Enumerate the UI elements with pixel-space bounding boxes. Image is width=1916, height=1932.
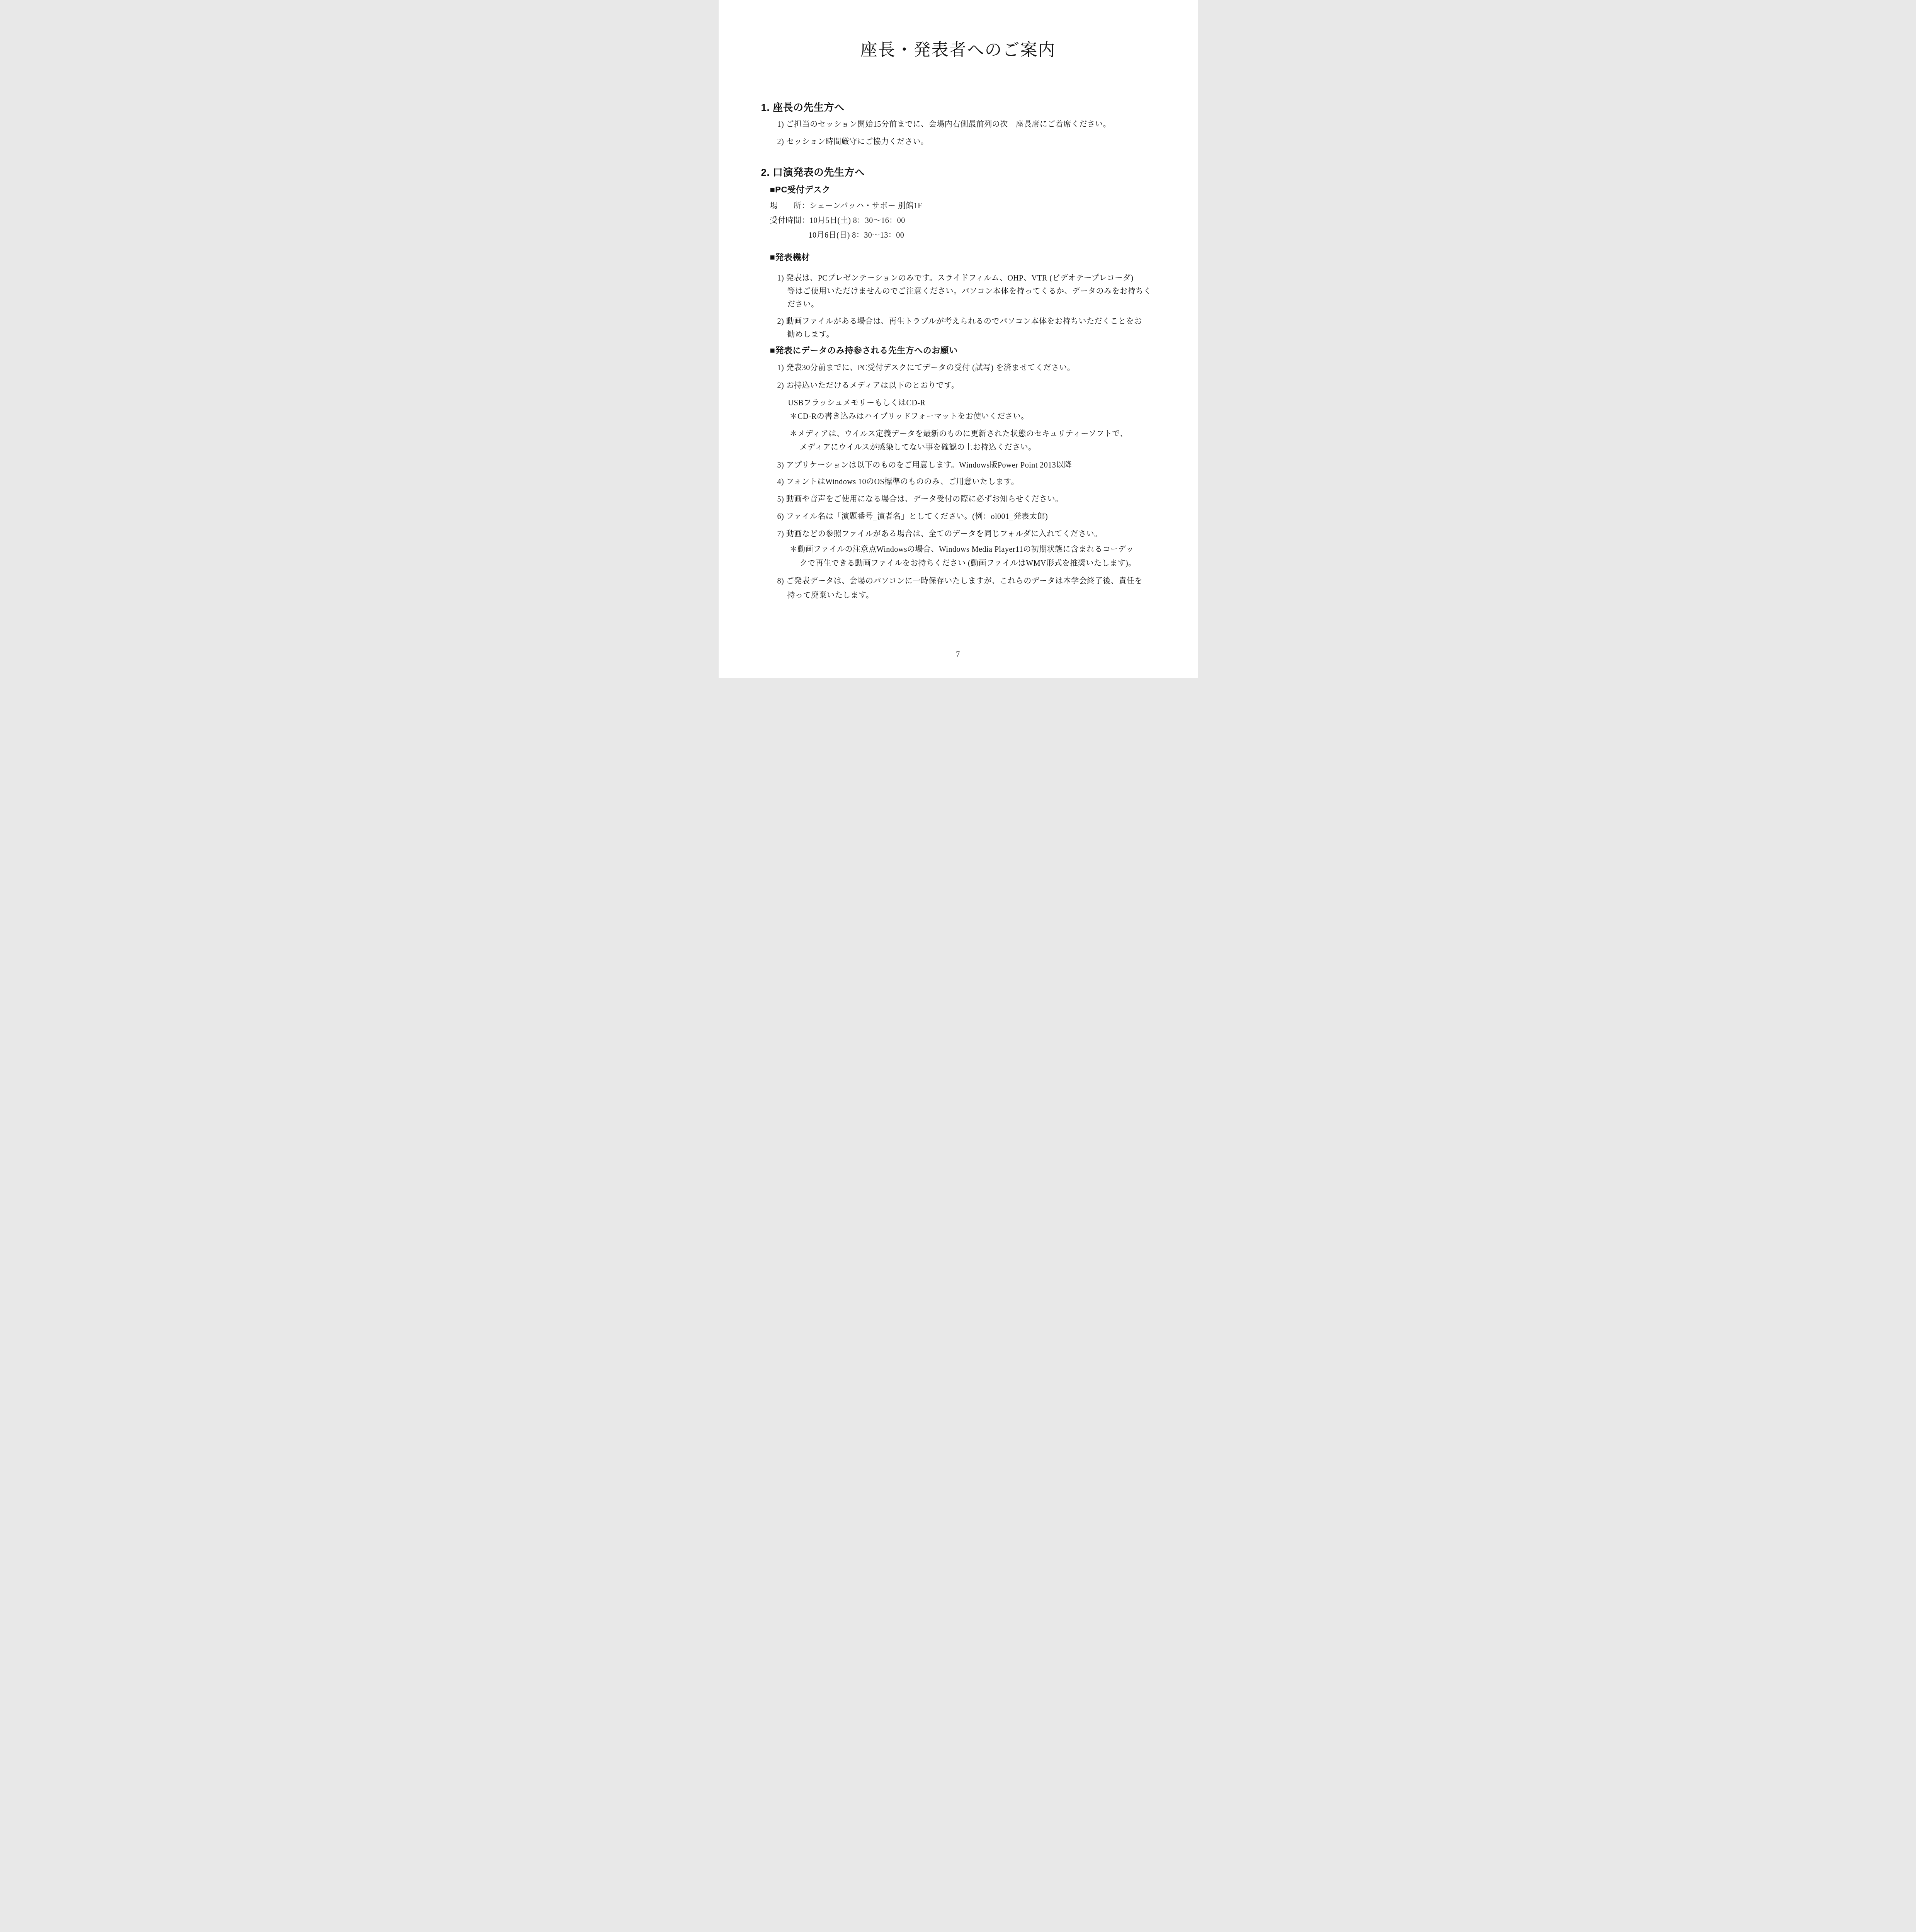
data-only-item-7: 7) 動画などの参照ファイルがある場合は、全てのデータを同じフォルダに入れてくだ… — [777, 529, 1102, 539]
data-only-item-4: 4) フォントはWindows 10のOS標準のもののみ、ご用意いたします。 — [777, 476, 1019, 487]
data-only-item-3: 3) アプリケーションは以下のものをご用意します。Windows版Power P… — [777, 460, 1072, 471]
data-only-item-8-line-2: 持って廃棄いたします。 — [787, 590, 874, 601]
pc-desk-heading: ■PC受付デスク — [770, 184, 831, 195]
section-oral-heading: 2. 口演発表の先生方へ — [761, 166, 865, 179]
pc-desk-location: 場 所：シェーンバッハ・サボー 別館1F — [770, 201, 922, 211]
data-only-item-1: 1) 発表30分前までに、PC受付デスクにてデータの受付 (試写) を済ませてく… — [777, 362, 1075, 373]
pc-desk-hours-day1: 受付時間：10月5日(土) 8：30～16：00 — [770, 215, 905, 226]
note-video-line-1: ＊動画ファイルの注意点Windowsの場合、Windows Media Play… — [790, 544, 1134, 555]
note-virus-line-1: ＊メディアは、ウイルス定義データを最新のものに更新された状態のセキュリティーソフ… — [790, 429, 1128, 439]
chair-item-2: 2) セッション時間厳守にご協力ください。 — [777, 136, 929, 147]
equipment-item-2-line-1: 2) 動画ファイルがある場合は、再生トラブルが考えられるのでパソコン本体をお持ち… — [777, 316, 1142, 327]
note-virus-line-2: メディアにウイルスが感染してない事を確認の上お持込ください。 — [800, 442, 1036, 453]
data-only-item-6: 6) ファイル名は「演題番号_演者名」としてください。(例：ol001_発表太郎… — [777, 511, 1048, 522]
section-chair-heading: 1. 座長の先生方へ — [761, 101, 845, 114]
document-title: 座長・発表者へのご案内 — [719, 40, 1198, 60]
equipment-item-1-line-2: 等はご使用いただけませんのでご注意ください。パソコン本体を持ってくるか、データの… — [787, 286, 1152, 297]
pc-desk-hours-day2: 10月6日(日) 8：30～13：00 — [809, 230, 904, 241]
scanned-document-page: 座長・発表者へのご案内 1. 座長の先生方へ 1) ご担当のセッション開始15分… — [719, 0, 1198, 678]
data-only-item-2: 2) お持込いただけるメディアは以下のとおりです。 — [777, 380, 959, 391]
note-video-line-2: クで再生できる動画ファイルをお持ちください (動画ファイルはWMV形式を推奨いた… — [800, 558, 1136, 569]
page-number: 7 — [719, 649, 1198, 660]
equipment-heading: ■発表機材 — [770, 252, 810, 263]
equipment-item-1-line-3: ださい。 — [787, 299, 819, 310]
data-only-heading: ■発表にデータのみ持参される先生方へのお願い — [770, 345, 958, 356]
data-only-media-line: USBフラッシュメモリーもしくはCD-R — [788, 398, 926, 408]
note-cdr: ＊CD-Rの書き込みはハイブリッドフォーマットをお使いください。 — [790, 411, 1029, 422]
data-only-item-5: 5) 動画や音声をご使用になる場合は、データ受付の際に必ずお知らせください。 — [777, 494, 1063, 505]
data-only-item-8-line-1: 8) ご発表データは、会場のパソコンに一時保存いたしますが、これらのデータは本学… — [777, 576, 1142, 587]
equipment-item-1-line-1: 1) 発表は、PCプレゼンテーションのみです。スライドフィルム、OHP、VTR … — [777, 273, 1134, 284]
chair-item-1: 1) ご担当のセッション開始15分前までに、会場内右側最前列の次 座長席にご着席… — [777, 119, 1111, 130]
equipment-item-2-line-2: 勧めします。 — [787, 329, 834, 340]
